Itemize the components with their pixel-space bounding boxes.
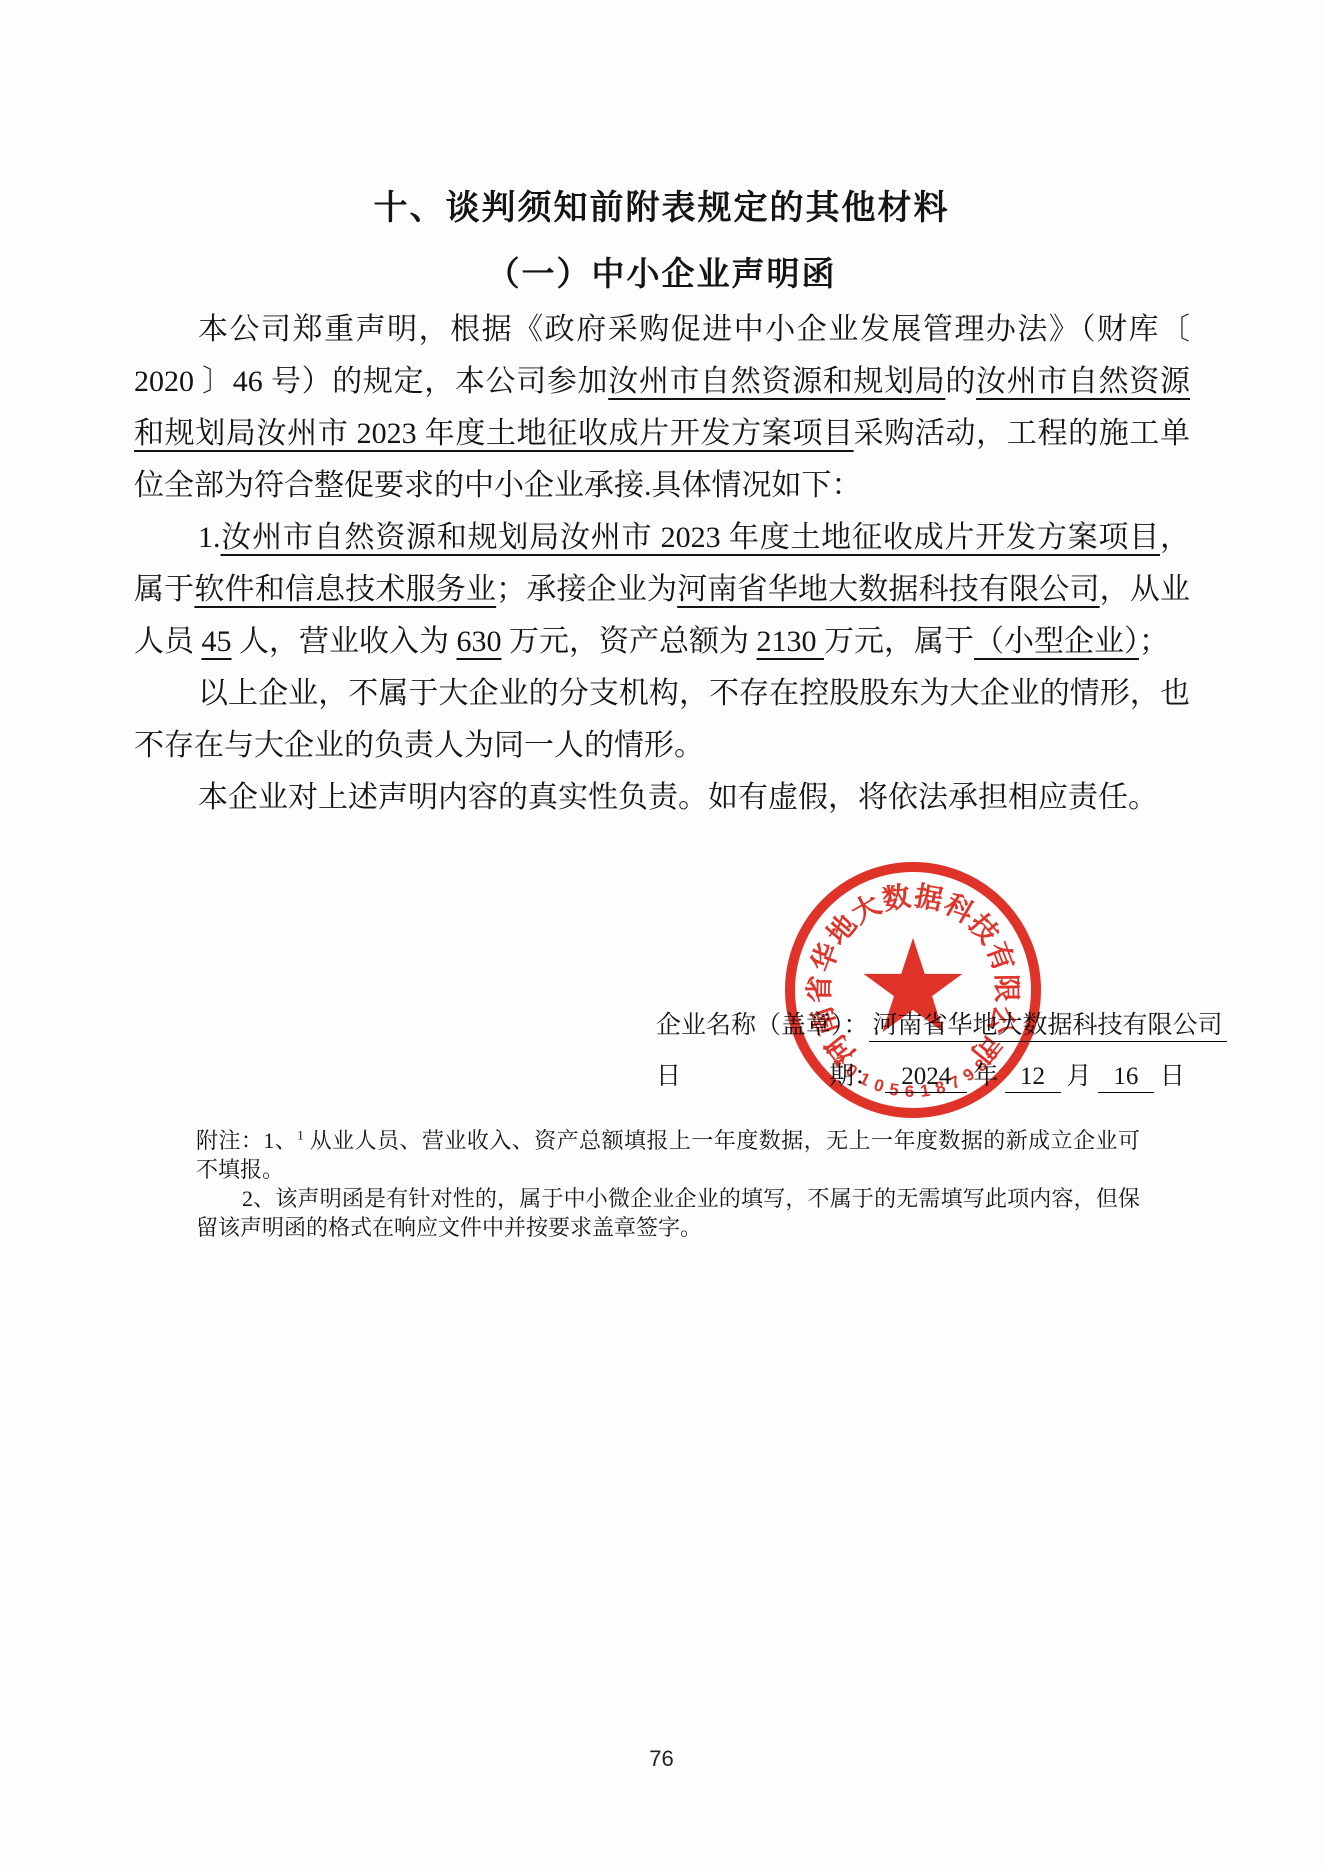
text-run: 本企业对上述声明内容的真实性负责。如有虚假，将依法承担相应责任。	[198, 781, 1158, 814]
paragraph-item-1: 1.汝州市自然资源和规划局汝州市 2023 年度土地征收成片开发方案项目，属于软…	[134, 512, 1190, 668]
underlined-text: 汝州市自然资源和规划局汝州市 2023 年度土地征收成片开发方案项目	[221, 521, 1161, 554]
date-day-unit: 日	[1160, 1063, 1185, 1090]
declaration-body: 本公司郑重声明，根据《政府采购促进中小企业发展管理办法》（财库〔 2020 〕4…	[134, 304, 1190, 824]
text-run: 2、该声明函是有针对性的，属于中小微企业企业的填写，不属于的无需填写此项内容，但…	[196, 1186, 1140, 1240]
underlined-text: 汝州市自然资源和规划局	[608, 365, 945, 398]
date-label-ri: 日	[656, 1063, 681, 1090]
page-number: 76	[0, 1746, 1323, 1772]
paragraph-intro: 本公司郑重声明，根据《政府采购促进中小企业发展管理办法》（财库〔 2020 〕4…	[134, 304, 1190, 512]
text-run: 万元，资产总额为	[502, 625, 757, 658]
section-subtitle: （一）中小企业声明函	[0, 248, 1323, 295]
text-run: ；承接企业为	[496, 573, 677, 606]
text-run: 1.	[198, 521, 221, 554]
company-seal: 河南省华地大数据科技有限公司 4101056187988	[773, 850, 1053, 1130]
footnote-1: 附注：1、1 从业人员、营业收入、资产总额填报上一年度数据，无上一年度数据的新成…	[196, 1126, 1140, 1184]
text-run: ；	[1139, 625, 1169, 658]
document-page: 十、谈判须知前附表规定的其他材料 （一）中小企业声明函 本公司郑重声明，根据《政…	[0, 0, 1323, 1871]
paragraph-responsibility: 本企业对上述声明内容的真实性负责。如有虚假，将依法承担相应责任。	[134, 772, 1190, 824]
text-run: 从业人员、营业收入、资产总额填报上一年度数据，无上一年度数据的新成立企业可不填报…	[196, 1128, 1140, 1182]
seal-star-icon	[864, 938, 963, 1032]
date-day-value: 16	[1098, 1061, 1154, 1093]
page-title: 十、谈判须知前附表规定的其他材料	[0, 180, 1323, 229]
underlined-text: （小型企业）	[974, 625, 1139, 658]
footnotes-block: 附注：1、1 从业人员、营业收入、资产总额填报上一年度数据，无上一年度数据的新成…	[196, 1126, 1140, 1242]
text-run: 的	[945, 365, 976, 398]
date-month-unit: 月	[1067, 1063, 1092, 1090]
text-run: 人，营业收入为	[232, 625, 457, 658]
underlined-text: 软件和信息技术服务业	[194, 573, 496, 606]
text-run: 以上企业，不属于大企业的分支机构，不存在控股股东为大企业的情形，也不存在与大企业…	[134, 677, 1190, 762]
underlined-text: 45	[202, 625, 232, 658]
underlined-text: 2130	[757, 625, 825, 658]
underlined-text: 630	[457, 625, 502, 658]
paragraph-no-affiliation: 以上企业，不属于大企业的分支机构，不存在控股股东为大企业的情形，也不存在与大企业…	[134, 668, 1190, 772]
underlined-text: 河南省华地大数据科技有限公司	[677, 573, 1099, 606]
text-run: 万元，属于	[824, 625, 974, 658]
text-run: 附注：1、	[196, 1128, 297, 1153]
footnote-2: 2、该声明函是有针对性的，属于中小微企业企业的填写，不属于的无需填写此项内容，但…	[196, 1184, 1140, 1242]
